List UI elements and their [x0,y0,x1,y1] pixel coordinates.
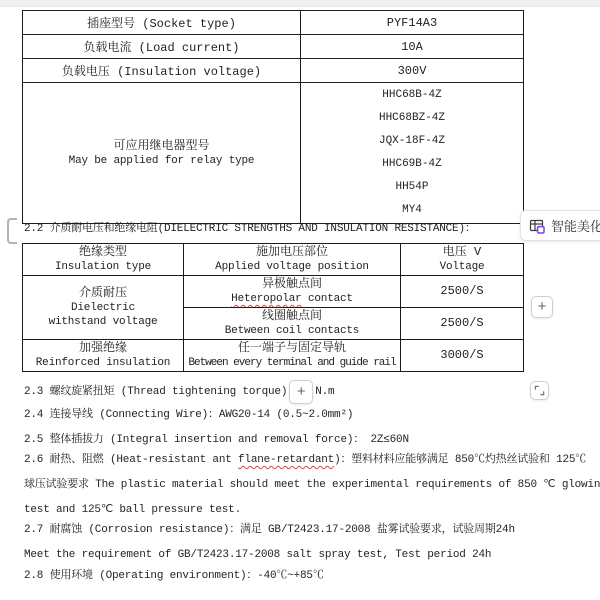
relay-label-en: May be applied for relay type [25,154,298,168]
relay-model-list: HHC68B-4Z HHC68BZ-4Z JQX-18F-4Z HHC69B-4… [301,83,524,224]
dielectric-withstand-cell: 介质耐压 Dielectric withstand voltage [23,276,184,340]
torque-text-after: N.m [315,384,334,400]
section-2-7-line-1: 2.7 耐腐蚀 (Corrosion resistance)：满足 GB/T24… [24,522,515,538]
spec-label: 负载电压 (Insulation voltage) [23,59,301,83]
section-2-5-line: 2.5 整体插拔力 (Integral insertion and remova… [24,432,409,448]
table-row: 负载电流 (Load current) 10A [23,35,524,59]
spec-value: 10A [301,35,524,59]
section-2-8-line: 2.8 使用环境 (Operating environment)：-40℃~+8… [24,568,324,584]
reinforced-insulation-cell: 加强绝缘 Reinforced insulation [23,340,184,372]
table-row: 介质耐压 Dielectric withstand voltage 异极触点间 … [23,276,524,308]
voltage-value: 3000/S [401,340,524,372]
spec-value: 300V [301,59,524,83]
expand-icon [534,385,545,396]
paragraph-handle[interactable] [7,218,17,244]
socket-spec-table: 插座型号 (Socket type) PYF14A3 负载电流 (Load cu… [22,10,524,224]
insulation-table: 绝缘类型 Insulation type 施加电压部位 Applied volt… [22,243,524,372]
relay-model: MY4 [303,199,521,222]
expand-table-button[interactable] [530,381,549,400]
spec-label: 插座型号 (Socket type) [23,11,301,35]
heteropolar-contact-cell: 异极触点间 Heteropolar contact [184,276,401,308]
section-2-6-line-3: test and 125℃ ball pressure test. [24,502,241,518]
insert-plus-button[interactable]: + [289,380,313,404]
torque-text-before: 2.3 螺纹旋紧扭矩 (Thread tightening torque) [24,384,287,400]
section-2-7-line-2: Meet the requirement of GB/T2423.17-2008… [24,547,491,563]
smart-beautify-label: 智能美化 [551,216,600,235]
terminal-guide-rail-cell: 任一端子与固定导轨 Between every terminal and gui… [184,340,401,372]
add-column-button[interactable]: + [531,296,553,318]
relay-model: HHC68BZ-4Z [303,107,521,130]
relay-model: JQX-18F-4Z [303,130,521,153]
section-2-2-heading: 2.2 介质耐电压和绝缘电阻(DIELECTRIC STRENGTHS AND … [24,221,476,237]
table-row: 加强绝缘 Reinforced insulation 任一端子与固定导轨 Bet… [23,340,524,372]
smart-beautify-icon [529,218,545,234]
smart-beautify-button[interactable]: 智能美化 [520,210,600,241]
section-2-4-line: 2.4 连接导线 (Connecting Wire)：AWG20-14 (0.5… [24,407,353,423]
relay-type-row: 可应用继电器型号 May be applied for relay type H… [23,83,524,224]
voltage-value: 2500/S [401,276,524,308]
relay-model: HHC68B-4Z [303,84,521,107]
spec-label: 负载电流 (Load current) [23,35,301,59]
table-row: 负载电压 (Insulation voltage) 300V [23,59,524,83]
table-row: 插座型号 (Socket type) PYF14A3 [23,11,524,35]
spec-value: PYF14A3 [301,11,524,35]
relay-type-label: 可应用继电器型号 May be applied for relay type [23,83,301,224]
relay-model: HHC69B-4Z [303,153,521,176]
document-page: 插座型号 (Socket type) PYF14A3 负载电流 (Load cu… [0,0,600,600]
section-2-3-line: 2.3 螺纹旋紧扭矩 (Thread tightening torque) + … [24,379,334,405]
section-2-6-line-2: 球压试验要求 The plastic material should meet … [24,477,600,493]
coil-contacts-cell: 线圈触点间 Between coil contacts [184,308,401,340]
misspelled-word: flane-retardant [238,454,334,466]
insulation-header-row: 绝缘类型 Insulation type 施加电压部位 Applied volt… [23,244,524,276]
relay-label-zh: 可应用继电器型号 [25,139,298,154]
voltage-value: 2500/S [401,308,524,340]
relay-model: HH54P [303,176,521,199]
header-voltage: 电压 V Voltage [401,244,524,276]
section-2-6-line-1: 2.6 耐热、阻燃 (Heat-resistant ant flane-reta… [24,452,586,468]
misspelled-word: Heteropolar [231,293,301,305]
header-insulation-type: 绝缘类型 Insulation type [23,244,184,276]
top-strip [0,0,600,7]
header-applied-position: 施加电压部位 Applied voltage position [184,244,401,276]
